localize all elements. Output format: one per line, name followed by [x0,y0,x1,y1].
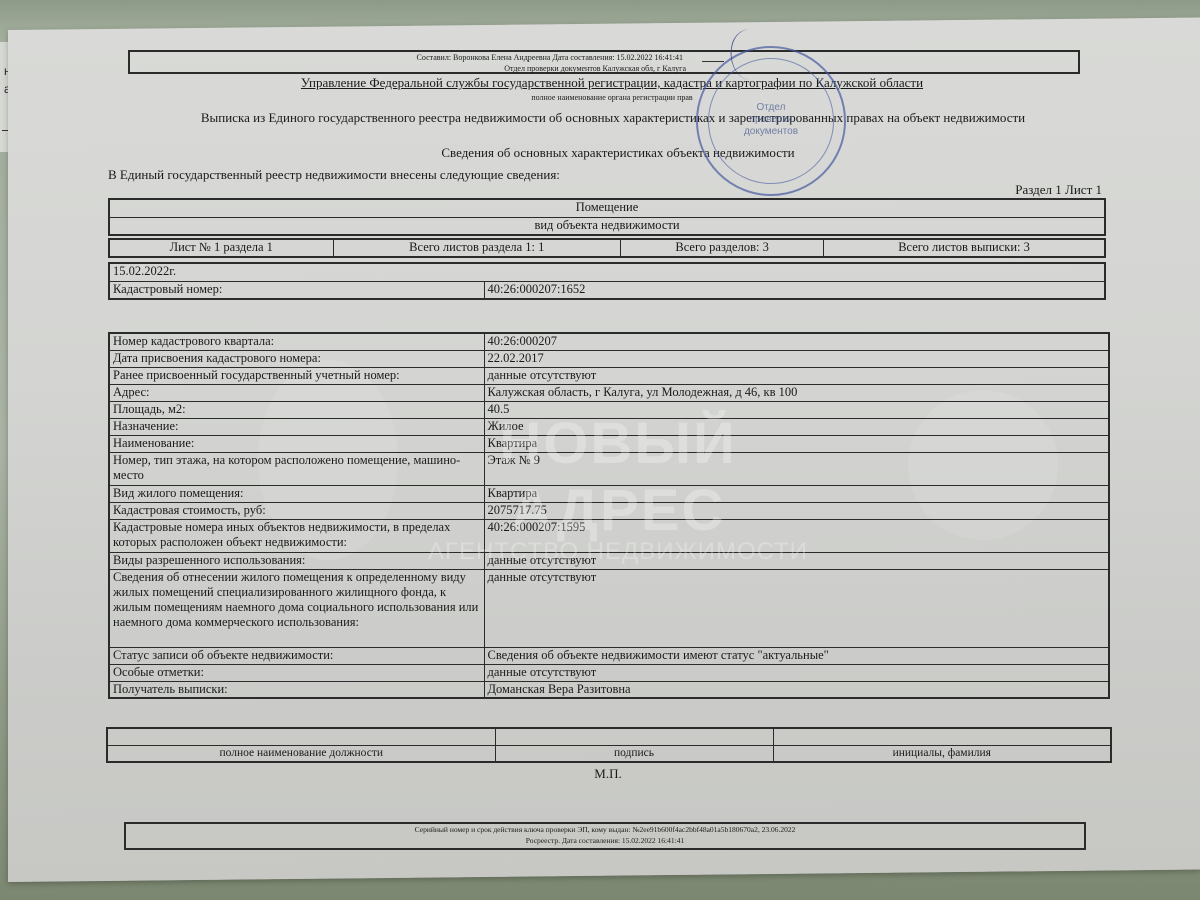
characteristic-row: Наименование:Квартира [109,435,1109,452]
characteristic-value: данные отсутствуют [484,367,1109,384]
characteristic-label: Статус записи об объекте недвижимости: [109,647,484,664]
characteristic-label: Кадастровая стоимость, руб: [109,502,484,519]
key-info: Серийный номер и срок действия ключа про… [126,824,1084,835]
characteristic-row: Дата присвоения кадастрового номера:22.0… [109,350,1109,367]
compiled-by: Составил: Воронкова Елена Андреевна Дата… [417,53,683,62]
signature-caption: подпись [495,745,773,762]
seal-mark: М.П. [8,766,1200,782]
characteristic-row: Назначение:Жилое [109,418,1109,435]
agency-name: Управление Федеральной службы государств… [8,75,1200,91]
characteristic-row: Особые отметки:данные отсутствуют [109,664,1109,681]
signature-field [495,728,773,745]
characteristics-table: Номер кадастрового квартала:40:26:000207… [108,332,1110,699]
position-caption: полное наименование должности [107,745,495,762]
object-type-table: Помещение вид объекта недвижимости [108,198,1106,236]
characteristic-value: данные отсутствуют [484,664,1109,681]
characteristic-row: Номер, тип этажа, на котором расположено… [109,452,1109,485]
characteristic-row: Кадастровая стоимость, руб:2075717.75 [109,502,1109,519]
characteristic-label: Получатель выписки: [109,681,484,698]
department: Отдел проверки документов Калужская обл,… [504,64,686,73]
characteristic-row: Кадастровые номера иных объектов недвижи… [109,519,1109,552]
characteristic-row: Виды разрешенного использования:данные о… [109,552,1109,569]
characteristic-value: данные отсутствуют [484,552,1109,569]
stamp-text: документов [698,126,844,138]
position-field [107,728,495,745]
characteristic-value: Квартира [484,485,1109,502]
characteristic-row: Получатель выписки:Доманская Вера Разито… [109,681,1109,698]
characteristic-label: Дата присвоения кадастрового номера: [109,350,484,367]
signature-table: полное наименование должности подпись ин… [106,727,1112,763]
characteristic-label: Назначение: [109,418,484,435]
compiler-info-box: Составил: Воронкова Елена Андреевна Дата… [128,50,1080,74]
characteristic-row: Вид жилого помещения:Квартира [109,485,1109,502]
characteristic-label: Адрес: [109,384,484,401]
characteristic-value: 22.02.2017 [484,350,1109,367]
characteristic-value: Этаж № 9 [484,452,1109,485]
sheet-meta-table: Лист № 1 раздела 1 Всего листов раздела … [108,238,1106,258]
object-type-value: Помещение [109,199,1105,217]
characteristic-value: 40:26:000207 [484,333,1109,350]
characteristic-value: Сведения об объекте недвижимости имеют с… [484,647,1109,664]
sheet-meta-cell: Всего листов выписки: 3 [824,239,1105,257]
characteristic-value: Жилое [484,418,1109,435]
name-caption: инициалы, фамилия [773,745,1111,762]
characteristic-label: Вид жилого помещения: [109,485,484,502]
agency-caption: полное наименование органа регистрации п… [8,93,1200,102]
characteristic-label: Наименование: [109,435,484,452]
sheet-reference: Раздел 1 Лист 1 [1015,182,1102,198]
digital-signature-box: Серийный номер и срок действия ключа про… [124,822,1086,850]
characteristic-label: Виды разрешенного использования: [109,552,484,569]
characteristic-value: данные отсутствуют [484,569,1109,647]
characteristic-label: Номер, тип этажа, на котором расположено… [109,452,484,485]
characteristic-label: Сведения об отнесении жилого помещения к… [109,569,484,647]
object-type-caption: вид объекта недвижимости [109,217,1105,235]
cadastral-number-value: 40:26:000207:1652 [484,281,1105,299]
characteristic-label: Ранее присвоенный государственный учетны… [109,367,484,384]
characteristic-value: 2075717.75 [484,502,1109,519]
sheet-meta-cell: Лист № 1 раздела 1 [109,239,333,257]
name-field [773,728,1111,745]
characteristic-row: Адрес:Калужская область, г Калуга, ул Мо… [109,384,1109,401]
section-title: Сведения об основных характеристиках объ… [8,145,1200,161]
characteristic-row: Статус записи об объекте недвижимости:Св… [109,647,1109,664]
characteristic-value: 40.5 [484,401,1109,418]
intro-text: В Единый государственный реестр недвижим… [108,167,560,183]
characteristic-value: Калужская область, г Калуга, ул Молодежн… [484,384,1109,401]
document-title: Выписка из Единого государственного реес… [8,110,1200,126]
document-sheet: Составил: Воронкова Елена Андреевна Дата… [8,18,1200,882]
characteristic-label: Особые отметки: [109,664,484,681]
characteristic-row: Площадь, м2:40.5 [109,401,1109,418]
characteristic-label: Кадастровые номера иных объектов недвижи… [109,519,484,552]
characteristic-value: Квартира [484,435,1109,452]
characteristic-value: 40:26:000207:1595 [484,519,1109,552]
characteristic-row: Сведения об отнесении жилого помещения к… [109,569,1109,647]
sheet-meta-cell: Всего разделов: 3 [621,239,824,257]
issuer-info: Росреестр. Дата составления: 15.02.2022 … [126,835,1084,846]
characteristic-label: Площадь, м2: [109,401,484,418]
blank-line [702,61,724,62]
cadastral-number-label: Кадастровый номер: [109,281,484,299]
characteristic-row: Ранее присвоенный государственный учетны… [109,367,1109,384]
characteristic-row: Номер кадастрового квартала:40:26:000207 [109,333,1109,350]
sheet-meta-cell: Всего листов раздела 1: 1 [333,239,621,257]
characteristic-label: Номер кадастрового квартала: [109,333,484,350]
record-date: 15.02.2022г. [109,263,1105,281]
characteristic-value: Доманская Вера Разитовна [484,681,1109,698]
record-table: 15.02.2022г. Кадастровый номер: 40:26:00… [108,262,1106,300]
